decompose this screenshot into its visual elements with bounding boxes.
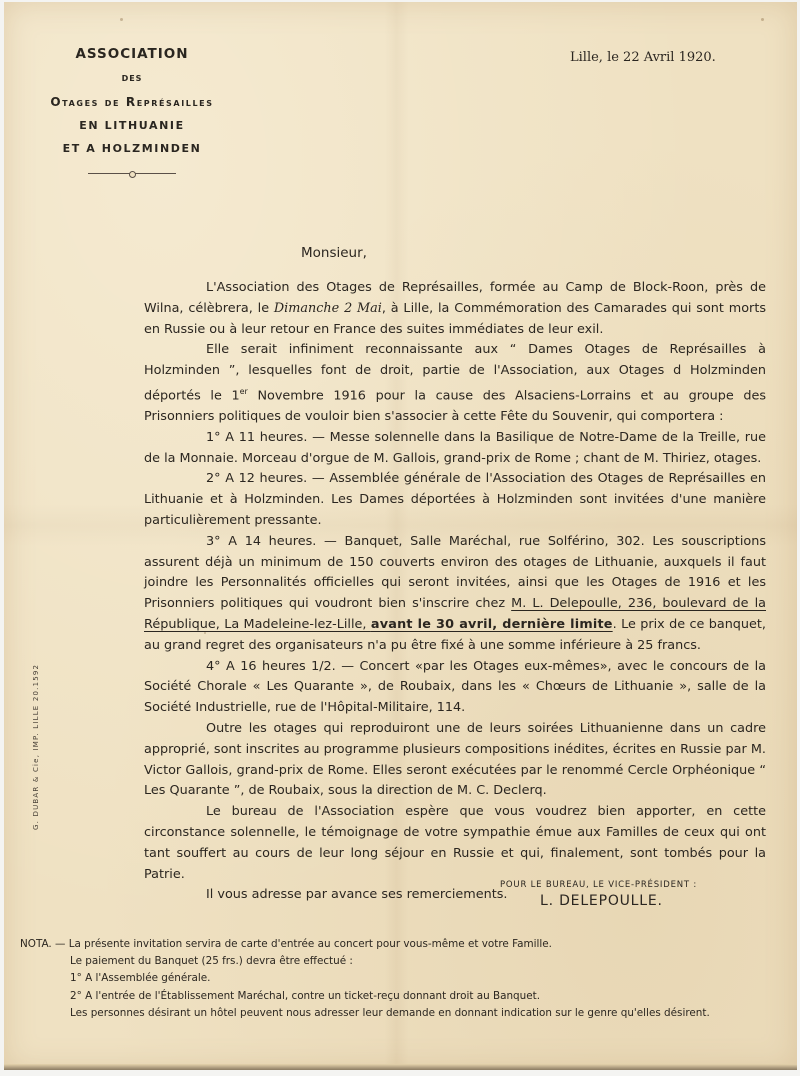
nota-section: NOTA. — La présente invitation servira d… [20,936,800,1022]
program-item-assembly: 2° A 12 heures. — Assemblée générale de … [144,469,766,531]
registration-deadline: avant le 30 avril, dernière limite [371,617,613,632]
nota-line-4: 2° A l'entrée de l'Établissement Marécha… [20,988,800,1005]
signature-title: POUR LE BUREAU, LE VICE-PRÉSIDENT : [500,880,697,890]
paragraph-sympathy: Le bureau de l'Association espère que vo… [144,802,766,885]
paper-stain [204,632,206,634]
paper-bottom-edge [4,1064,797,1070]
ornamental-divider [88,173,176,174]
letter-body: L'Association des Otages de Représailles… [144,278,766,906]
letterhead: ASSOCIATION DES Otages de Représailles E… [22,46,242,174]
paragraph-compositions: Outre les otages qui reproduiront une de… [144,719,766,802]
signature-name: L. DELEPOULLE. [540,893,663,909]
paragraph-invitation: Elle serait infiniment reconnaissante au… [144,340,766,427]
paper-stain [120,18,123,21]
program-item-mass: 1° A 11 heures. — Messe solennelle dans … [144,428,766,470]
paragraph-intro: L'Association des Otages de Représailles… [144,278,766,340]
paper-stain [761,18,764,21]
nota-line-1: NOTA. — La présente invitation servira d… [20,936,800,953]
event-date: Dimanche 2 Mai [274,301,382,316]
letterhead-line-des: DES [22,74,242,83]
nota-line-5: Les personnes désirant un hôtel peuvent … [20,1005,800,1022]
letterhead-line-otages: Otages de Représailles [22,95,242,109]
letterhead-line-association: ASSOCIATION [22,46,242,62]
salutation: Monsieur, [301,245,367,261]
program-item-concert: 4° A 16 heures 1/2. — Concert «par les O… [144,657,766,719]
letter-date: Lille, le 22 Avril 1920. [570,50,716,65]
printer-imprint: G. DUBAR & Cie, IMP. LILLE 20.1592 [32,664,40,830]
nota-line-2: Le paiement du Banquet (25 frs.) devra ê… [20,953,800,970]
nota-line-3: 1° A l'Assemblée générale. [20,970,800,987]
letterhead-line-holzminden: ET A HOLZMINDEN [22,142,242,155]
letterhead-line-lithuanie: EN LITHUANIE [22,119,242,132]
program-item-banquet: 3° A 14 heures. — Banquet, Salle Marécha… [144,532,766,657]
letter-paper: ASSOCIATION DES Otages de Représailles E… [4,2,797,1070]
